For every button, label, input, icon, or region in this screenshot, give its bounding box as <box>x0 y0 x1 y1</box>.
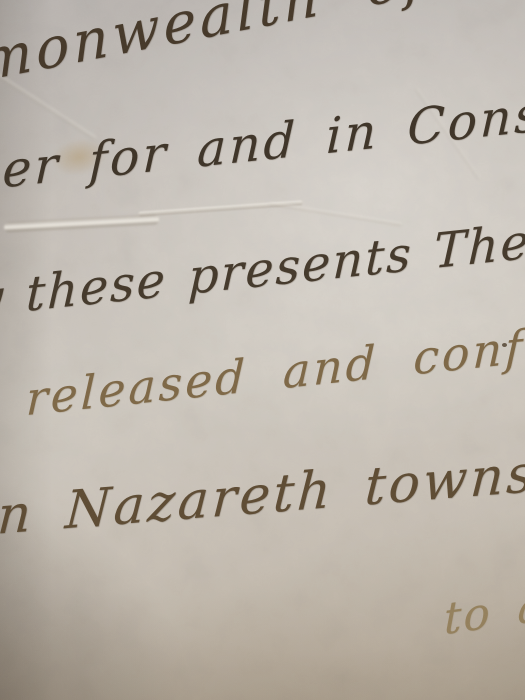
paper-background <box>0 0 525 700</box>
manuscript-photo: monwealth of Penn ler for and in Conside… <box>0 0 525 700</box>
